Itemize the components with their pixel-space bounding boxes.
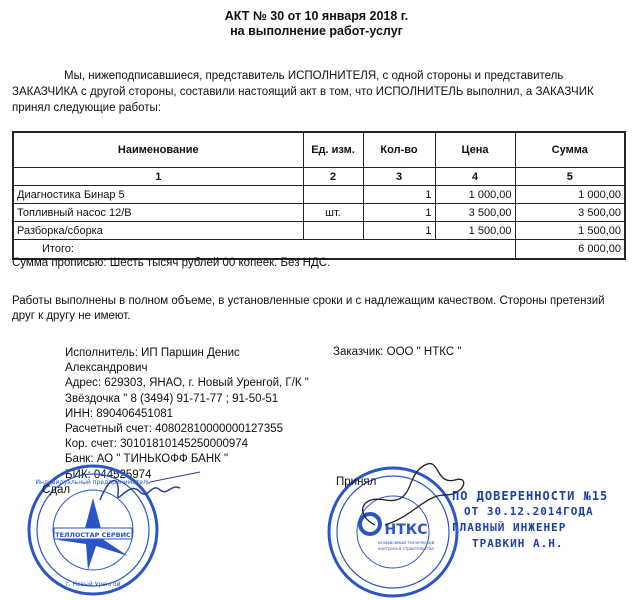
- table-row: Диагностика Бинар 5 1 1 000,00 1 000,00: [13, 186, 625, 204]
- table-header-row: Наименование Ед. изм. Кол-во Цена Сумма: [13, 132, 625, 168]
- proxy-stamp: ПО ДОВЕРЕННОСТИ №15 ОТ 30.12.2014ГОДА ГЛ…: [452, 488, 608, 552]
- column-number-row: 1 2 3 4 5: [13, 168, 625, 186]
- executor-signature-icon: [90, 470, 210, 510]
- intro-paragraph: Мы, нижеподписавшиеся, представитель ИСП…: [12, 68, 624, 116]
- document-title: АКТ № 30 от 10 января 2018 г. на выполне…: [0, 9, 633, 39]
- table-row: Разборка/сборка 1 1 500,00 1 500,00: [13, 222, 625, 240]
- title-line-2: на выполнение работ-услуг: [0, 24, 633, 39]
- col-header-price: Цена: [435, 132, 515, 168]
- col-header-sum: Сумма: [515, 132, 625, 168]
- col-header-unit: Ед. изм.: [303, 132, 363, 168]
- customer-label: Заказчик: ООО " НТКС ": [333, 346, 461, 358]
- col-header-name: Наименование: [13, 132, 303, 168]
- col-header-qty: Кол-во: [363, 132, 435, 168]
- svg-text:независимый технический: независимый технический: [378, 540, 435, 545]
- total-value: 6 000,00: [515, 240, 625, 260]
- table-row: Топливный насос 12/В шт. 1 3 500,00 3 50…: [13, 204, 625, 222]
- svg-text:ТЕЛЛОСТАР СЕРВИС: ТЕЛЛОСТАР СЕРВИС: [55, 531, 131, 539]
- accepted-label: Принял: [336, 476, 376, 488]
- handed-over-label: Сдал: [42, 484, 70, 496]
- svg-text:контроль в строительстве: контроль в строительстве: [378, 546, 434, 551]
- completion-statement: Работы выполнены в полном объеме, в уста…: [12, 294, 624, 324]
- title-line-1: АКТ № 30 от 10 января 2018 г.: [0, 9, 633, 24]
- works-table: Наименование Ед. изм. Кол-во Цена Сумма …: [12, 131, 626, 260]
- svg-text:г. Новый Уренгой: г. Новый Уренгой: [65, 581, 120, 588]
- amount-in-words: Сумма прописью: Шесть тысяч рублей 00 ко…: [12, 257, 330, 269]
